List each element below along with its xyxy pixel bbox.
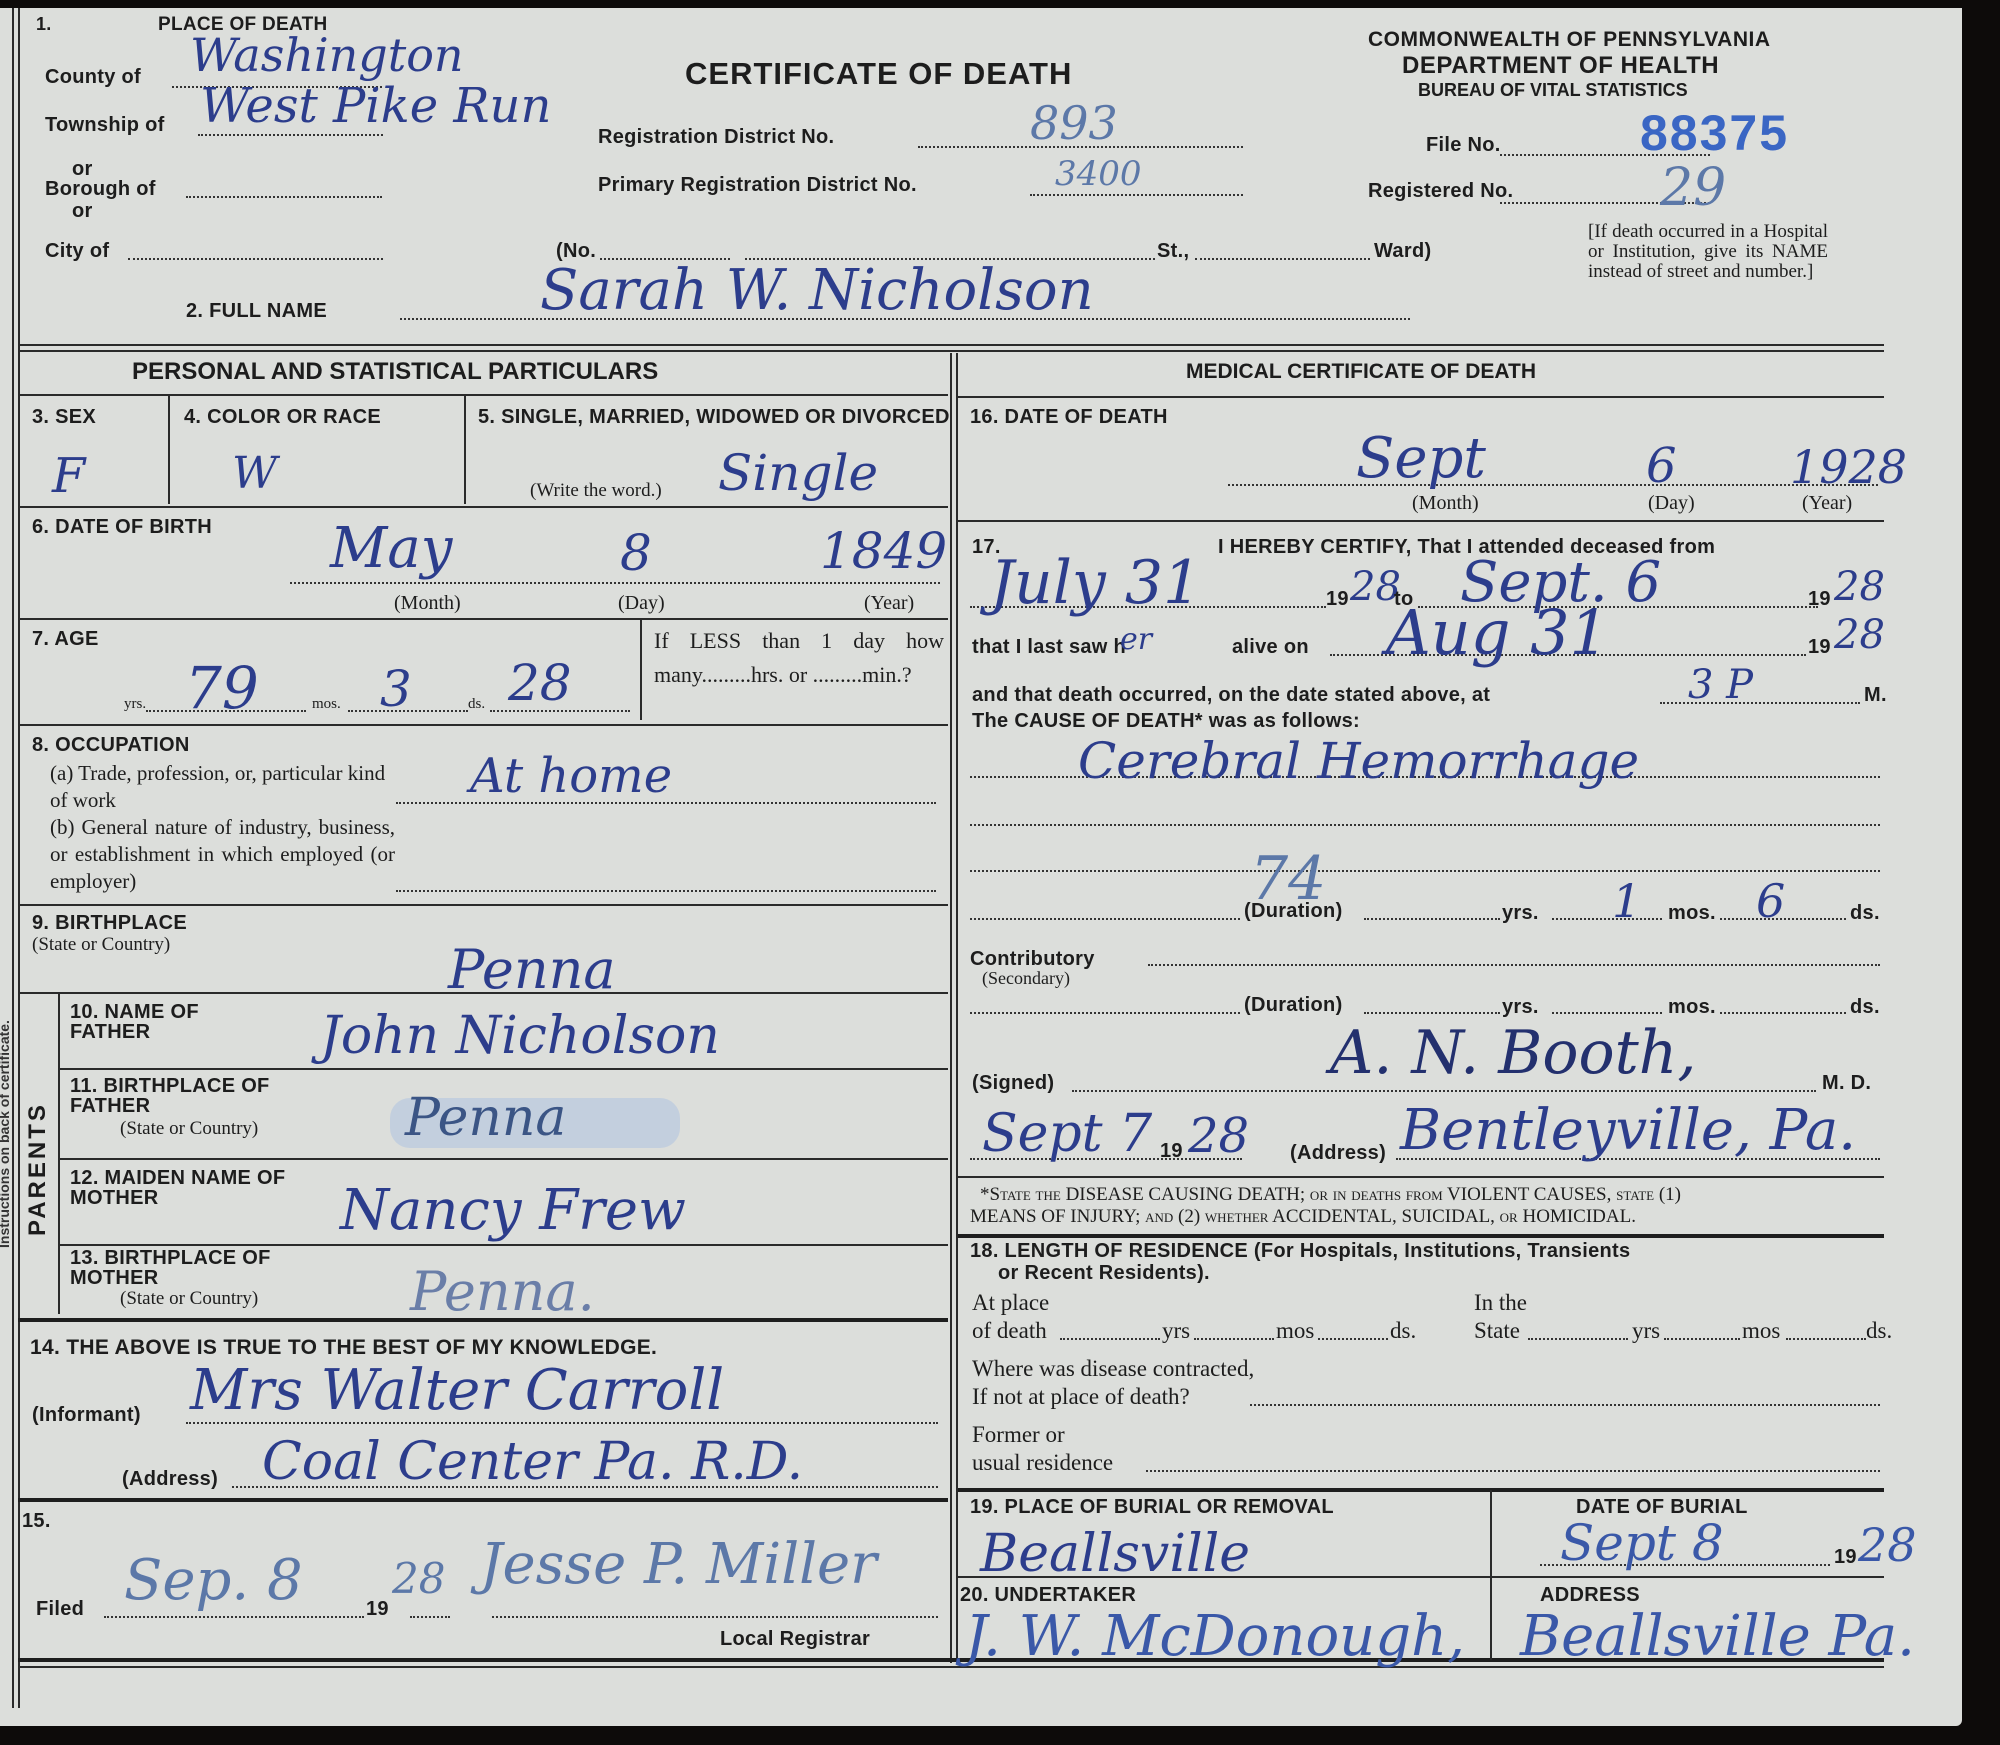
filed-year-prefix: 19 xyxy=(366,1598,389,1621)
local-registrar-label: Local Registrar xyxy=(720,1628,870,1651)
county-value: Washington xyxy=(190,28,464,82)
marital-hint: (Write the word.) xyxy=(530,480,662,502)
duration-mos-caption: mos. xyxy=(1668,902,1716,925)
footnote-line-1: *State the DISEASE CAUSING DEATH; or in … xyxy=(980,1184,1681,1206)
father-birthplace-value: Penna xyxy=(405,1088,566,1148)
duration-ds-caption: ds. xyxy=(1850,902,1880,925)
residence-heading: 18. LENGTH OF RESIDENCE (For Hospitals, … xyxy=(970,1240,1630,1263)
dod-year: 1928 xyxy=(1790,440,1907,494)
age-label: 7. AGE xyxy=(32,628,99,651)
burial-place-value: Beallsville xyxy=(980,1524,1250,1584)
department-heading: DEPARTMENT OF HEALTH xyxy=(1402,52,1719,80)
contracted-label-2: If not at place of death? xyxy=(972,1384,1190,1410)
filed-date: Sep. 8 xyxy=(124,1548,303,1613)
parents-label: PARENTS xyxy=(24,1102,52,1236)
contributory-duration-label: (Duration) xyxy=(1244,994,1343,1017)
left-border xyxy=(12,8,14,1708)
former-residence-label-2: usual residence xyxy=(972,1450,1113,1476)
informant-label: (Informant) xyxy=(32,1404,141,1427)
hospital-note: [If death occurred in a Hospital or Inst… xyxy=(1588,222,1828,282)
dob-day: 8 xyxy=(620,524,652,582)
dob-month: May xyxy=(330,516,452,581)
occupation-a-hint: (a) Trade, profession, or, particular ki… xyxy=(50,760,395,814)
race-value: W xyxy=(232,448,277,499)
full-name-label: 2. FULL NAME xyxy=(186,300,327,323)
in-state-mos: mos xyxy=(1742,1318,1780,1344)
in-state-yrs: yrs xyxy=(1632,1318,1660,1344)
borough-label: Borough of xyxy=(45,178,156,201)
m-label: M. xyxy=(1864,684,1887,707)
last-saw-pronoun: er xyxy=(1120,622,1152,657)
age-ds-caption: ds. xyxy=(468,696,485,713)
informant-address-value: Coal Center Pa. R.D. xyxy=(262,1432,803,1492)
death-time-label: and that death occurred, on the date sta… xyxy=(972,684,1490,707)
age-days: 28 xyxy=(508,654,572,712)
occupation-b-hint: (b) General nature of industry, business… xyxy=(50,814,395,895)
contributory-ds-caption: ds. xyxy=(1850,996,1880,1019)
contributory-mos-caption: mos. xyxy=(1668,996,1716,1019)
dod-label: 16. DATE OF DEATH xyxy=(970,406,1168,429)
physician-address: Bentleyville, Pa. xyxy=(1400,1098,1856,1163)
township-value: West Pike Run xyxy=(200,78,551,134)
duration-label: (Duration) xyxy=(1244,900,1343,923)
at-place-label: At place xyxy=(972,1290,1049,1316)
margin-note: Instructions on back of certificate. xyxy=(0,1020,12,1248)
registration-district-label: Registration District No. xyxy=(598,126,834,149)
mother-birthplace-hint: (State or Country) xyxy=(120,1288,258,1310)
physician-address-label: (Address) xyxy=(1290,1142,1386,1165)
occupation-label: 8. OCCUPATION xyxy=(32,734,190,757)
dob-label: 6. DATE OF BIRTH xyxy=(32,516,212,539)
burial-year-prefix: 19 xyxy=(1834,1546,1857,1569)
duration-yrs-caption: yrs. xyxy=(1502,902,1539,925)
age-months: 3 xyxy=(380,660,412,718)
death-time-value: 3 P xyxy=(1688,662,1753,708)
signed-date: Sept 7 xyxy=(982,1104,1152,1164)
attended-from-year-prefix: 19 xyxy=(1326,588,1349,611)
certificate-title: CERTIFICATE OF DEATH xyxy=(685,56,1072,92)
footnote-line-2: MEANS OF INJURY; and (2) whether ACCIDEN… xyxy=(970,1206,1636,1228)
dod-month: Sept xyxy=(1356,426,1486,491)
father-name-value: John Nicholson xyxy=(320,1006,720,1066)
filed-label: Filed xyxy=(36,1598,84,1621)
full-name-value: Sarah W. Nicholson xyxy=(540,258,1094,323)
occupation-value: At home xyxy=(470,748,672,804)
medical-section-title: MEDICAL CERTIFICATE OF DEATH xyxy=(1186,360,1536,384)
registered-no-value: 29 xyxy=(1660,158,1726,218)
signed-label: (Signed) xyxy=(972,1072,1054,1095)
last-saw-date: Aug 31 xyxy=(1386,596,1609,669)
contracted-label-1: Where was disease contracted, xyxy=(972,1356,1254,1382)
at-place-yrs: yrs xyxy=(1162,1318,1190,1344)
dob-year: 1849 xyxy=(820,522,947,580)
burial-place-label: 19. PLACE OF BURIAL OR REMOVAL xyxy=(970,1496,1334,1519)
less-than-day-note: If LESS than 1 day how many.........hrs.… xyxy=(654,624,944,692)
race-label: 4. COLOR OR RACE xyxy=(184,406,381,429)
filed-year: 28 xyxy=(392,1554,445,1603)
primary-district-value: 3400 xyxy=(1055,154,1142,194)
signed-year-prefix: 19 xyxy=(1160,1140,1183,1163)
sex-label: 3. SEX xyxy=(32,406,96,429)
informant-address-label: (Address) xyxy=(122,1468,218,1491)
last-saw-label: that I last saw h xyxy=(972,636,1126,659)
father-birthplace-label: 11. BIRTHPLACE OF FATHER xyxy=(70,1076,300,1116)
file-no-stamp: 88375 xyxy=(1640,104,1789,162)
duration-months: 1 xyxy=(1612,874,1641,928)
contributory-yrs-caption: yrs. xyxy=(1502,996,1539,1019)
informant-value: Mrs Walter Carroll xyxy=(190,1358,724,1423)
dob-year-caption: (Year) xyxy=(864,592,914,615)
contributory-hint: (Secondary) xyxy=(982,968,1070,989)
left-border-inner xyxy=(18,8,20,1708)
registration-district-value: 893 xyxy=(1030,96,1118,150)
commonwealth-heading: COMMONWEALTH OF PENNSYLVANIA xyxy=(1368,28,1770,52)
marital-value: Single xyxy=(718,444,878,502)
birthplace-hint: (State or Country) xyxy=(32,934,170,956)
section-number-15: 15. xyxy=(22,1510,51,1533)
marital-label: 5. SINGLE, MARRIED, WIDOWED OR DIVORCED xyxy=(478,406,950,429)
cause-label: The CAUSE OF DEATH* was as follows: xyxy=(972,710,1360,733)
dod-month-caption: (Month) xyxy=(1412,492,1479,515)
alive-on-label: alive on xyxy=(1232,636,1309,659)
md-label: M. D. xyxy=(1822,1072,1871,1095)
duration-days: 6 xyxy=(1756,874,1785,928)
registrar-signature: Jesse P. Miller xyxy=(480,1532,877,1597)
birthplace-label: 9. BIRTHPLACE xyxy=(32,912,187,935)
death-certificate: Instructions on back of certificate. 1. … xyxy=(0,8,1962,1726)
cause-value: Cerebral Hemorrhage xyxy=(1078,732,1639,790)
sex-value: F xyxy=(52,448,85,504)
undertaker-value: J. W. McDonough, xyxy=(965,1604,1465,1669)
dob-day-caption: (Day) xyxy=(618,592,665,615)
or-text: or xyxy=(72,200,93,223)
informant-heading: 14. THE ABOVE IS TRUE TO THE BEST OF MY … xyxy=(30,1336,657,1360)
file-no-label: File No. xyxy=(1426,134,1501,157)
in-the-label: In the xyxy=(1474,1290,1527,1316)
former-residence-label-1: Former or xyxy=(972,1422,1065,1448)
dod-day: 6 xyxy=(1646,438,1677,494)
mother-birthplace-label: 13. BIRTHPLACE OF MOTHER xyxy=(70,1248,310,1288)
dob-month-caption: (Month) xyxy=(394,592,461,615)
personal-section-title: PERSONAL AND STATISTICAL PARTICULARS xyxy=(132,358,658,386)
dod-day-caption: (Day) xyxy=(1648,492,1695,515)
last-saw-year-prefix: 19 xyxy=(1808,636,1831,659)
undertaker-address-value: Beallsville Pa. xyxy=(1520,1604,1915,1669)
mother-name-value: Nancy Frew xyxy=(340,1178,686,1243)
ward-label: Ward) xyxy=(1374,240,1431,263)
burial-date-value: Sept 8 xyxy=(1560,1514,1724,1572)
city-label: City of xyxy=(45,240,109,263)
bureau-heading: BUREAU OF VITAL STATISTICS xyxy=(1418,80,1688,101)
father-name-label: 10. NAME OF FATHER xyxy=(70,1002,270,1042)
in-state-ds: ds. xyxy=(1866,1318,1892,1344)
father-birthplace-hint: (State or Country) xyxy=(120,1118,258,1140)
section-number-1: 1. xyxy=(36,14,52,35)
at-place-ds: ds. xyxy=(1390,1318,1416,1344)
township-label: Township of xyxy=(45,114,165,137)
residence-heading-2: or Recent Residents). xyxy=(998,1262,1210,1285)
physician-signature: A. N. Booth, xyxy=(1330,1018,1696,1088)
registered-no-label: Registered No. xyxy=(1368,180,1513,203)
attended-from-date: July 31 xyxy=(990,548,1201,618)
mother-name-label: 12. MAIDEN NAME OF MOTHER xyxy=(70,1168,330,1208)
age-yrs-caption: yrs. xyxy=(124,696,146,713)
primary-district-label: Primary Registration District No. xyxy=(598,174,917,197)
attended-to-year-prefix: 19 xyxy=(1808,588,1831,611)
mother-birthplace-value: Penna. xyxy=(410,1260,595,1323)
last-saw-year: 28 xyxy=(1834,612,1885,658)
signed-year: 28 xyxy=(1188,1108,1249,1164)
burial-year: 28 xyxy=(1858,1518,1917,1572)
age-mos-caption: mos. xyxy=(312,696,341,713)
state-label: State xyxy=(1474,1318,1520,1344)
dod-year-caption: (Year) xyxy=(1802,492,1852,515)
attended-to-year: 28 xyxy=(1834,564,1885,610)
street-label: St., xyxy=(1157,240,1189,263)
age-years: 79 xyxy=(185,654,259,722)
of-death-label: of death xyxy=(972,1318,1047,1344)
county-label: County of xyxy=(45,66,141,89)
at-place-mos: mos xyxy=(1276,1318,1314,1344)
